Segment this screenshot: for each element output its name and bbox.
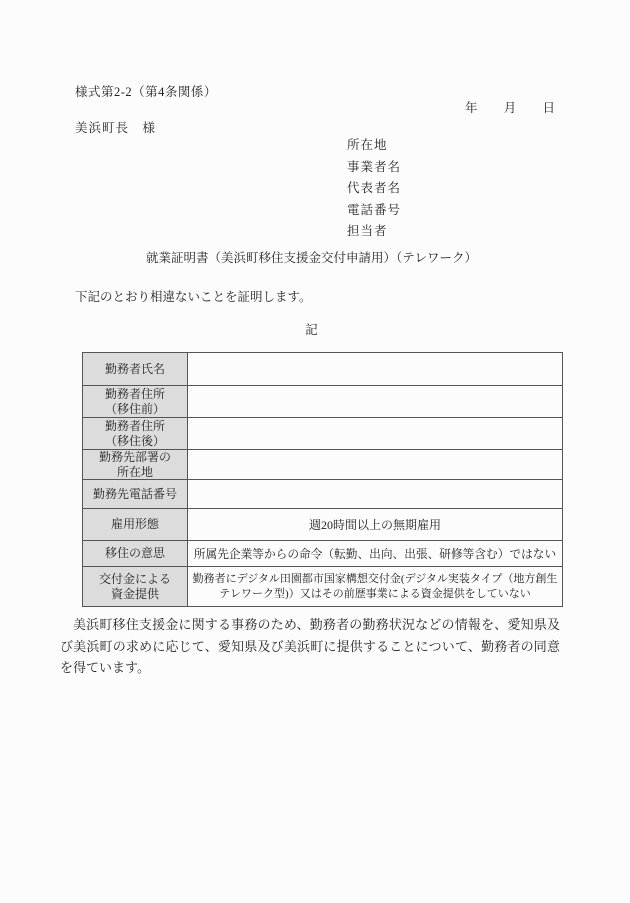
row-employment-type-value: 週20時間以上の無期雇用 xyxy=(188,509,563,541)
applicant-info-block: 所在地 事業者名 代表者名 電話番号 担当者 xyxy=(347,135,401,243)
row-department-location-label: 勤務先部署の 所在地 xyxy=(83,450,188,480)
row-address-after-label: 勤務者住所 （移住後） xyxy=(83,418,188,450)
form-number: 様式第2-2（第4条関係） xyxy=(75,82,217,100)
row-employment-type-label: 雇用形態 xyxy=(83,509,188,541)
addressee: 美浜町長 様 xyxy=(75,118,156,136)
row-worker-name: 勤務者氏名 xyxy=(83,353,563,386)
row-address-after-value xyxy=(188,418,563,450)
applicant-field-location: 所在地 xyxy=(347,135,401,157)
applicant-field-representative-name: 代表者名 xyxy=(347,178,401,200)
date-year-label: 年 xyxy=(465,98,478,116)
employment-certificate-table: 勤務者氏名 勤務者住所 （移住前） 勤務者住所 （移住後） 勤務先部署の 所在地… xyxy=(82,352,563,607)
row-department-location: 勤務先部署の 所在地 xyxy=(83,450,563,480)
row-address-before-label: 勤務者住所 （移住前） xyxy=(83,386,188,418)
row-workplace-phone-label: 勤務先電話番号 xyxy=(83,480,188,509)
row-migration-intent-label: 移住の意思 xyxy=(83,541,188,567)
row-subsidy-funding-label: 交付金による 資金提供 xyxy=(83,567,188,607)
applicant-field-contact-person: 担当者 xyxy=(347,221,401,243)
applicant-field-business-name: 事業者名 xyxy=(347,157,401,179)
row-migration-intent-value: 所属先企業等からの命令（転勤、出向、出張、研修等含む）ではない xyxy=(188,541,563,567)
date-day-label: 日 xyxy=(542,98,555,116)
document-page: 様式第2-2（第4条関係） 年 月 日 美浜町長 様 所在地 事業者名 代表者名… xyxy=(0,0,630,903)
row-subsidy-funding: 交付金による 資金提供 勤務者にデジタル田園都市国家構想交付金(デジタル実装タイ… xyxy=(83,567,563,607)
row-address-after-migration: 勤務者住所 （移住後） xyxy=(83,418,563,450)
applicant-field-phone-number: 電話番号 xyxy=(347,200,401,222)
row-employment-type: 雇用形態 週20時間以上の無期雇用 xyxy=(83,509,563,541)
closing-paragraph: 美浜町移住支援金に関する事務のため、勤務者の勤務状況などの情報を、愛知県及び美浜… xyxy=(60,614,560,679)
row-subsidy-funding-value: 勤務者にデジタル田園都市国家構想交付金(デジタル実装タイプ（地方創生テレワーク型… xyxy=(188,567,563,607)
date-line: 年 月 日 xyxy=(465,98,555,116)
row-address-before-migration: 勤務者住所 （移住前） xyxy=(83,386,563,418)
row-worker-name-value xyxy=(188,353,563,386)
document-title: 就業証明書（美浜町移住支援金交付申請用）（テレワーク） xyxy=(67,248,556,266)
row-department-location-value xyxy=(188,450,563,480)
intro-text: 下記のとおり相違ないことを証明します。 xyxy=(75,287,312,305)
section-marker: 記 xyxy=(67,320,556,338)
row-workplace-phone: 勤務先電話番号 xyxy=(83,480,563,509)
row-workplace-phone-value xyxy=(188,480,563,509)
row-worker-name-label: 勤務者氏名 xyxy=(83,353,188,386)
date-month-label: 月 xyxy=(504,98,517,116)
row-address-before-value xyxy=(188,386,563,418)
row-migration-intent: 移住の意思 所属先企業等からの命令（転勤、出向、出張、研修等含む）ではない xyxy=(83,541,563,567)
